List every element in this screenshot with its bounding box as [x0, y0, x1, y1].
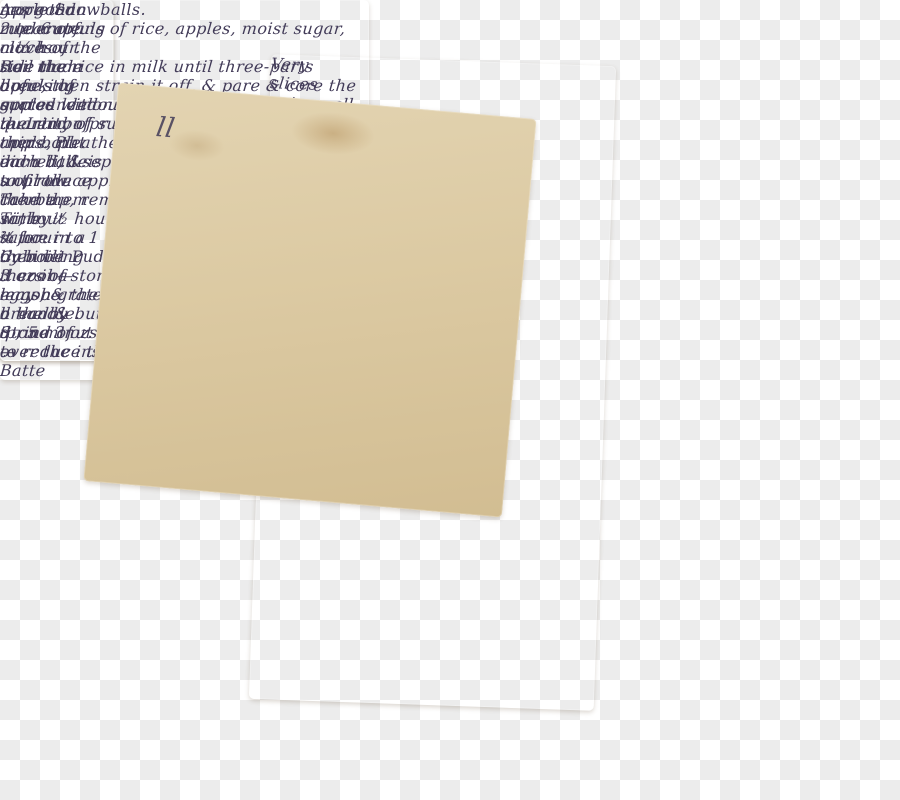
handwritten-line: 2 teacupfuls of rice, apples, moist suga…: [0, 19, 370, 38]
recipe-page-back: ll: [83, 82, 536, 517]
handwritten-line: cloves.: [0, 38, 370, 57]
paper-stack: Very slicescutpeelll beateto pourstandth…: [0, 0, 900, 800]
recipe1-title: Apple Snowballs.: [0, 0, 146, 19]
recipe1-title-row: Apple Snowballs.: [0, 0, 369, 19]
handwriting-fragment: ll: [154, 112, 177, 144]
